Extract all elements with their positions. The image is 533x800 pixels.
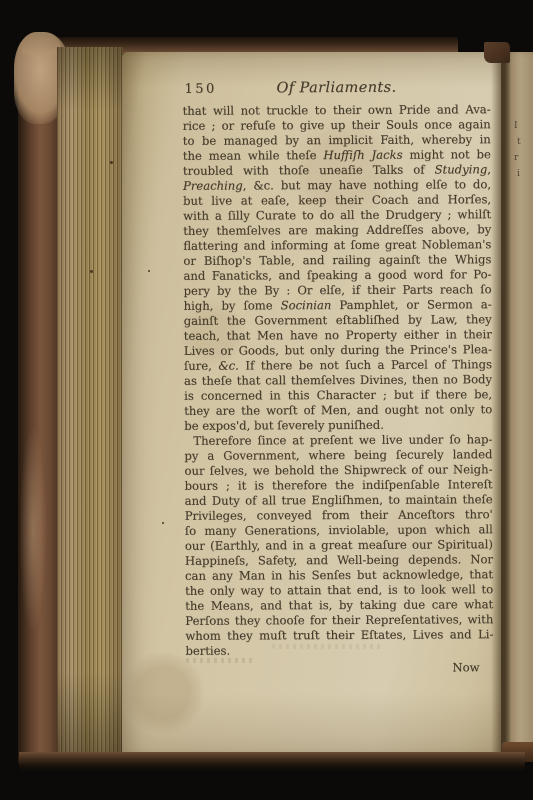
- body-text: that will not truckle to their own Pride…: [183, 102, 494, 659]
- cover-wear-patch: [20, 430, 46, 630]
- text-line: the Means, and that is, by taking due ca…: [185, 597, 493, 614]
- text-line: with a ſilly Curate to do all the Drudge…: [183, 207, 491, 224]
- facing-page-sliver: Itri: [501, 52, 533, 752]
- book-cover-edge: [18, 40, 58, 766]
- facing-page-text-fragment: r: [514, 154, 518, 163]
- text-line: high, by ſome Socinian Pamphlet, or Serm…: [184, 297, 492, 314]
- text-line: pery by the By : Or elſe, if their Parts…: [184, 282, 492, 299]
- spine-headcap: [484, 42, 510, 63]
- text-line: troubled with thoſe uneaſie Talks of Stu…: [183, 162, 491, 179]
- text-line: that will not truckle to their own Pride…: [183, 102, 491, 119]
- text-line: Happineſs, Safety, and Well-being depend…: [185, 552, 493, 569]
- page-stack-fore-edge: [57, 47, 123, 757]
- text-line: they are the worſt of Men, and ought not…: [184, 402, 492, 419]
- page-number: 150: [184, 82, 216, 97]
- text-line: is concerned in this Character ; but if …: [184, 387, 492, 404]
- catchword: Now: [185, 660, 493, 676]
- text-line: rice ; or refuſe to give up their Souls …: [183, 117, 491, 134]
- text-line: ſure, &c. If there be not ſuch a Parcel …: [184, 357, 492, 374]
- text-line: Therefore ſince at preſent we live under…: [184, 432, 492, 449]
- scan-background: { "colors": { "background": "#0b0a09", "…: [0, 0, 533, 800]
- printed-text-block: 150 Of Parliaments. that will not truckl…: [182, 79, 493, 676]
- paper-speck: [148, 270, 150, 272]
- text-line: Perſons they chooſe for their Repreſenta…: [185, 612, 493, 629]
- text-line: Lives or Goods, but only during the Prin…: [184, 342, 492, 359]
- text-line: our ſelves, we behold the Shipwreck of o…: [184, 462, 492, 479]
- text-line: and Fanaticks, and ſpeaking a good word …: [183, 267, 491, 284]
- paper-speck: [162, 522, 164, 524]
- book-bottom-edge: [19, 752, 525, 771]
- text-line: flattering and informing at ſome great N…: [183, 237, 491, 254]
- text-line: the mean while theſe Huffiſh Jacks might…: [183, 147, 491, 164]
- text-line: as theſe that call themſelves Divines, t…: [184, 372, 492, 389]
- text-line: to be managed by an implicit Faith, wher…: [183, 132, 491, 149]
- text-line: Preaching, &c. but may have nothing elſe…: [183, 177, 491, 194]
- text-line: teach, that Men have no Property either …: [184, 327, 492, 344]
- facing-page-text-fragment: t: [517, 138, 521, 147]
- facing-page-text-fragment: i: [517, 170, 520, 179]
- text-line: can any Man in his Senſes but acknowledg…: [185, 567, 493, 584]
- text-line: whom they muſt truſt their Eſtates, Live…: [185, 627, 493, 644]
- text-line: our (Earthly, and in a great meaſure our…: [185, 537, 493, 554]
- text-line: and Duty of all true Engliſhmen, to main…: [185, 492, 493, 509]
- text-line: bours ; it is therefore the indiſpenſabl…: [185, 477, 493, 494]
- text-line: they themſelves are making Addreſſes abo…: [183, 222, 491, 239]
- text-line: ſo many Generations, inviolable, upon wh…: [185, 522, 493, 539]
- text-line: gainſt the Government eſtabliſhed by Law…: [184, 312, 492, 329]
- text-line: the only way to attain that end, is to l…: [185, 582, 493, 599]
- text-line: be expos'd, but ſeverely puniſhed.: [184, 417, 492, 434]
- paper-speck: [90, 270, 93, 273]
- text-line: berties.: [185, 642, 493, 659]
- text-line: but live at eaſe, keep their Coach and H…: [183, 192, 491, 209]
- text-line: or Biſhop's Table, and railing againſt t…: [183, 252, 491, 269]
- running-title: Of Parliaments.: [276, 80, 396, 97]
- text-line: Privileges, conveyed from their Anceſtor…: [185, 507, 493, 524]
- facing-page-text-fragment: I: [514, 122, 518, 131]
- page-header: 150 Of Parliaments.: [182, 79, 490, 102]
- text-line: py a Government, where being ſecurely la…: [184, 447, 492, 464]
- paper-speck: [110, 161, 113, 164]
